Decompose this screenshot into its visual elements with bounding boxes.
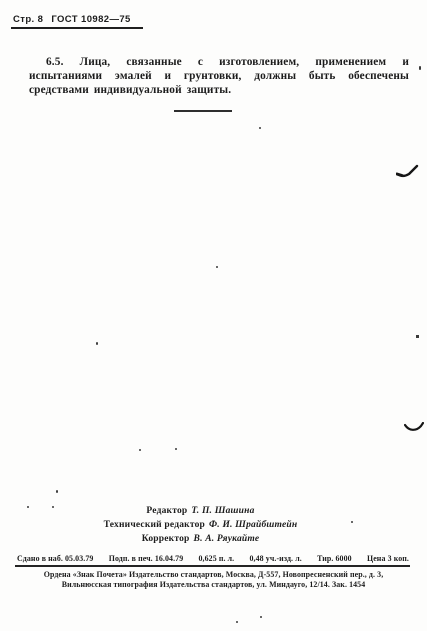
header-rule: [11, 27, 143, 29]
imprint-rule: [15, 565, 410, 567]
credit-name: В. А. Ряукайте: [194, 534, 260, 544]
handwritten-curve-mark: [404, 422, 424, 433]
ink-speck: [260, 616, 262, 618]
imprint-publisher-sheets: 0,48 уч.-изд. л.: [250, 554, 302, 563]
imprint-printed-sheets: 0,625 п. л.: [199, 554, 235, 563]
credit-name: Т. П. Шашина: [191, 506, 254, 516]
ink-speck: [259, 127, 261, 129]
credit-line-proofreader: КорректорВ. А. Ряукайте: [0, 532, 401, 546]
document-page: Стр. 8 ГОСТ 10982—75 6.5. Лица, связанны…: [0, 0, 427, 631]
ink-speck: [236, 621, 238, 623]
standard-number: ГОСТ 10982—75: [51, 14, 130, 25]
imprint-typeset-date: Сдано в наб. 05.03.79: [17, 554, 93, 563]
ink-speck: [27, 506, 29, 508]
credit-role: Технический редактор: [104, 520, 205, 530]
ink-speck: [56, 490, 58, 493]
imprint-line: Сдано в наб. 05.03.79 Подп. в печ. 16.04…: [17, 554, 409, 563]
ink-speck: [351, 521, 353, 523]
ink-speck: [52, 506, 54, 508]
credit-line-editor: РедакторТ. П. Шашина: [0, 504, 401, 518]
ink-speck: [139, 449, 141, 451]
imprint-signed-date: Подп. в печ. 16.04.79: [109, 554, 184, 563]
imprint-price: Цена 3 коп.: [367, 554, 409, 563]
ink-speck: [216, 266, 218, 268]
credit-name: Ф. И. Шрайбштейн: [209, 520, 297, 530]
ink-speck: [419, 66, 421, 70]
credit-role: Корректор: [142, 534, 190, 544]
section-end-divider: [174, 110, 232, 112]
editorial-credits: РедакторТ. П. Шашина Технический редакто…: [0, 504, 401, 546]
imprint-print-run: Тир. 6000: [317, 554, 352, 563]
ink-speck: [175, 448, 177, 450]
running-head: Стр. 8 ГОСТ 10982—75: [13, 14, 131, 25]
credit-role: Редактор: [146, 506, 187, 516]
clause-6-5-paragraph: 6.5. Лица, связанные с изготовлением, пр…: [29, 55, 409, 97]
publisher-address-line: Ордена «Знак Почета» Издательство станда…: [8, 570, 419, 580]
publisher-colophon: Ордена «Знак Почета» Издательство станда…: [8, 570, 419, 590]
credit-line-technical-editor: Технический редакторФ. И. Шрайбштейн: [0, 518, 401, 532]
ink-speck: [416, 335, 419, 338]
handwritten-check-mark: [396, 164, 419, 180]
printing-house-line: Вильнюсская типография Издательства стан…: [8, 580, 419, 590]
ink-speck: [96, 342, 98, 345]
page-number-label: Стр. 8: [13, 14, 43, 25]
